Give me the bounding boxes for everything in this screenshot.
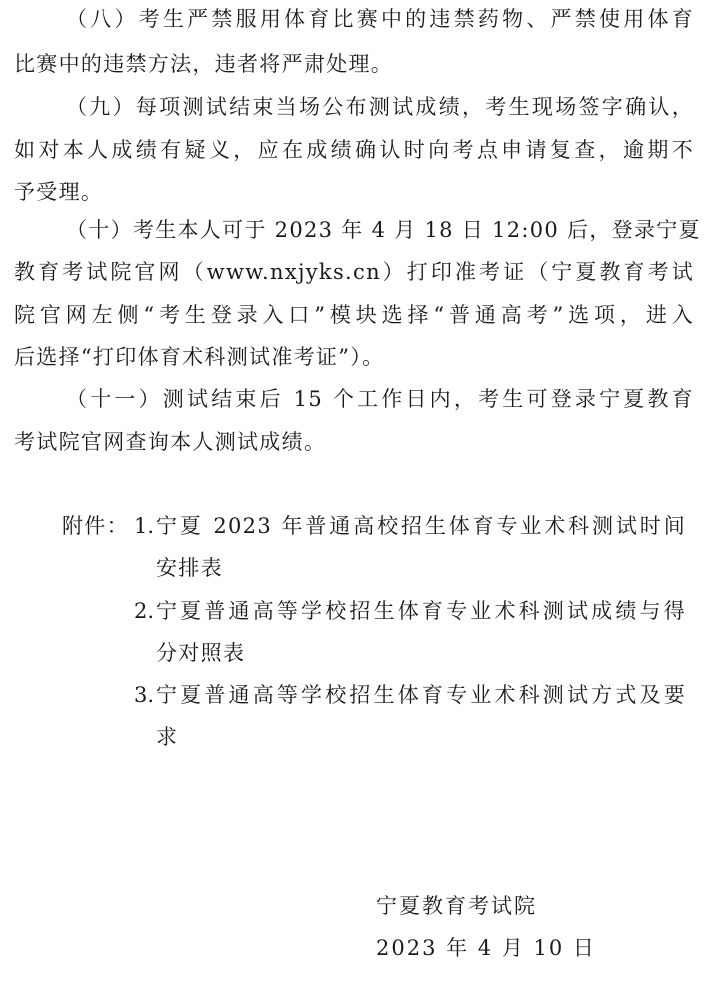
attachment-title-line: 宁夏普通高等学校招生体育专业术科测试成绩与得 (156, 596, 686, 626)
attachments-label: 附件： (62, 511, 129, 541)
text-line: 予受理。 (14, 177, 694, 207)
attachment-title-line: 宁夏 2023 年普通高校招生体育专业术科测试时间 (156, 511, 686, 541)
text-line: （九）每项测试结束当场公布测试成绩，考生现场签字确认， (66, 92, 694, 122)
text-line: （八）考生严禁服用体育比赛中的违禁药物、严禁使用体育 (66, 4, 694, 34)
text-line: 比赛中的违禁方法，违者将严肃处理。 (14, 49, 694, 79)
text-line: 教育考试院官网（www.nxjyks.cn）打印准考证（宁夏教育考试 (14, 257, 694, 287)
attachment-number: 1. (134, 511, 154, 541)
attachment-number: 3. (134, 680, 154, 710)
text-line: 考试院官网查询本人测试成绩。 (14, 427, 694, 457)
text-line: 如对本人成绩有疑义，应在成绩确认时向考点申请复查，逾期不 (14, 135, 694, 165)
issue-date: 2023 年 4 月 10 日 (376, 933, 596, 963)
text-line: 院官网左侧“考生登录入口”模块选择“普通高考”选项，进入 (14, 300, 694, 330)
attachment-title-line: 宁夏普通高等学校招生体育专业术科测试方式及要 (156, 680, 686, 710)
text-line: （十）考生本人可于 2023 年 4 月 18 日 12:00 后，登录宁夏 (66, 215, 694, 245)
text-line: （十一）测试结束后 15 个工作日内，考生可登录宁夏教育 (66, 384, 694, 414)
attachment-title-line: 分对照表 (156, 638, 686, 668)
document-page: （八）考生严禁服用体育比赛中的违禁药物、严禁使用体育 比赛中的违禁方法，违者将严… (0, 0, 707, 988)
attachment-number: 2. (134, 596, 154, 626)
attachment-title-line: 求 (156, 722, 686, 752)
issuing-organization: 宁夏教育考试院 (376, 891, 537, 921)
text-line: 后选择“打印体育术科测试准考证”）。 (14, 342, 694, 372)
attachment-title-line: 安排表 (156, 553, 686, 583)
